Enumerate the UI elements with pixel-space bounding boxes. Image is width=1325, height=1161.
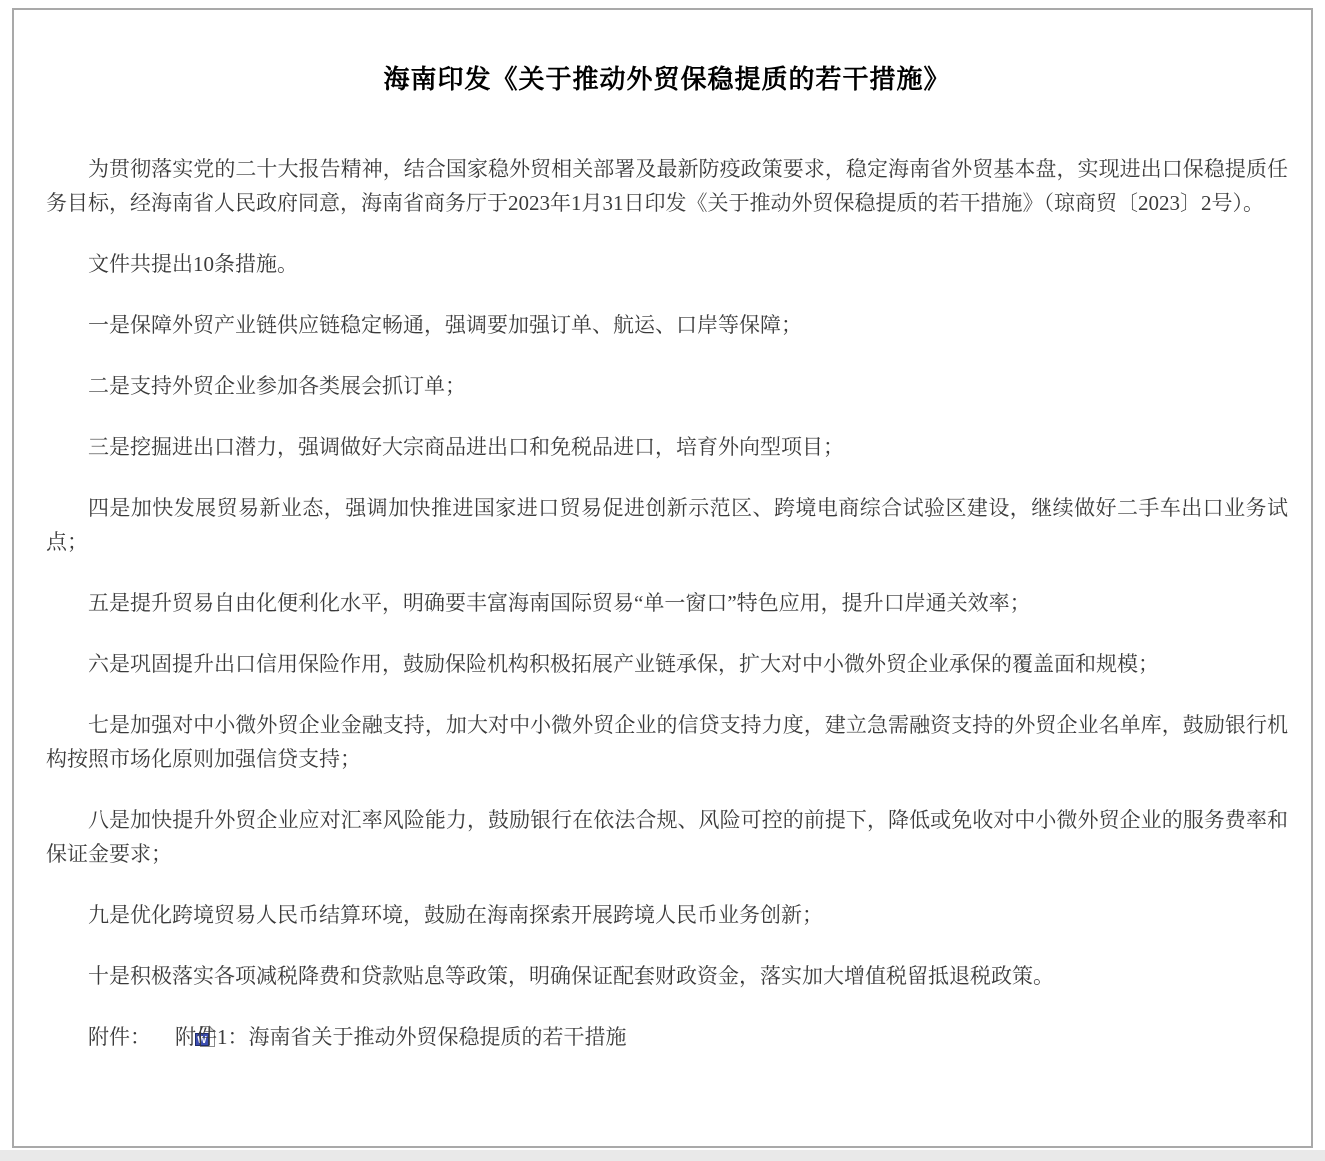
page-bottom-strip <box>0 1150 1325 1161</box>
paragraph-measure-count: 文件共提出10条措施。 <box>46 247 1288 281</box>
attachment-label: 附件： <box>88 1025 151 1049</box>
attachment-row: 附件： W 附件1：海南省关于推动外贸保稳提质的若干措施 <box>46 1020 1288 1054</box>
word-doc-icon[interactable]: W <box>153 1024 174 1047</box>
paragraph-measure-2: 二是支持外贸企业参加各类展会抓订单； <box>46 369 1288 403</box>
document-title: 海南印发《关于推动外贸保稳提质的若干措施》 <box>46 62 1288 96</box>
attachment-link[interactable]: 附件1：海南省关于推动外贸保稳提质的若干措施 <box>175 1025 627 1049</box>
paragraph-measure-1: 一是保障外贸产业链供应链稳定畅通，强调要加强订单、航运、口岸等保障； <box>46 308 1288 342</box>
paragraph-measure-9: 九是优化跨境贸易人民币结算环境，鼓励在海南探索开展跨境人民币业务创新； <box>46 898 1288 932</box>
paragraph-measure-7: 七是加强对中小微外贸企业金融支持，加大对中小微外贸企业的信贷支持力度，建立急需融… <box>46 708 1288 776</box>
paragraph-measure-3: 三是挖掘进出口潜力，强调做好大宗商品进出口和免税品进口，培育外向型项目； <box>46 430 1288 464</box>
paragraph-measure-4: 四是加快发展贸易新业态，强调加快推进国家进口贸易促进创新示范区、跨境电商综合试验… <box>46 491 1288 559</box>
paragraph-measure-5: 五是提升贸易自由化便利化水平，明确要丰富海南国际贸易“单一窗口”特色应用，提升口… <box>46 586 1288 620</box>
paragraph-measure-10: 十是积极落实各项减税降费和贷款贴息等政策，明确保证配套财政资金，落实加大增值税留… <box>46 959 1288 993</box>
paragraph-measure-6: 六是巩固提升出口信用保险作用，鼓励保险机构积极拓展产业链承保，扩大对中小微外贸企… <box>46 647 1288 681</box>
paragraph-intro: 为贯彻落实党的二十大报告精神，结合国家稳外贸相关部署及最新防疫政策要求，稳定海南… <box>46 152 1288 220</box>
paragraph-measure-8: 八是加快提升外贸企业应对汇率风险能力，鼓励银行在依法合规、风险可控的前提下，降低… <box>46 803 1288 871</box>
article-container: 海南印发《关于推动外贸保稳提质的若干措施》 为贯彻落实党的二十大报告精神，结合国… <box>12 8 1313 1148</box>
